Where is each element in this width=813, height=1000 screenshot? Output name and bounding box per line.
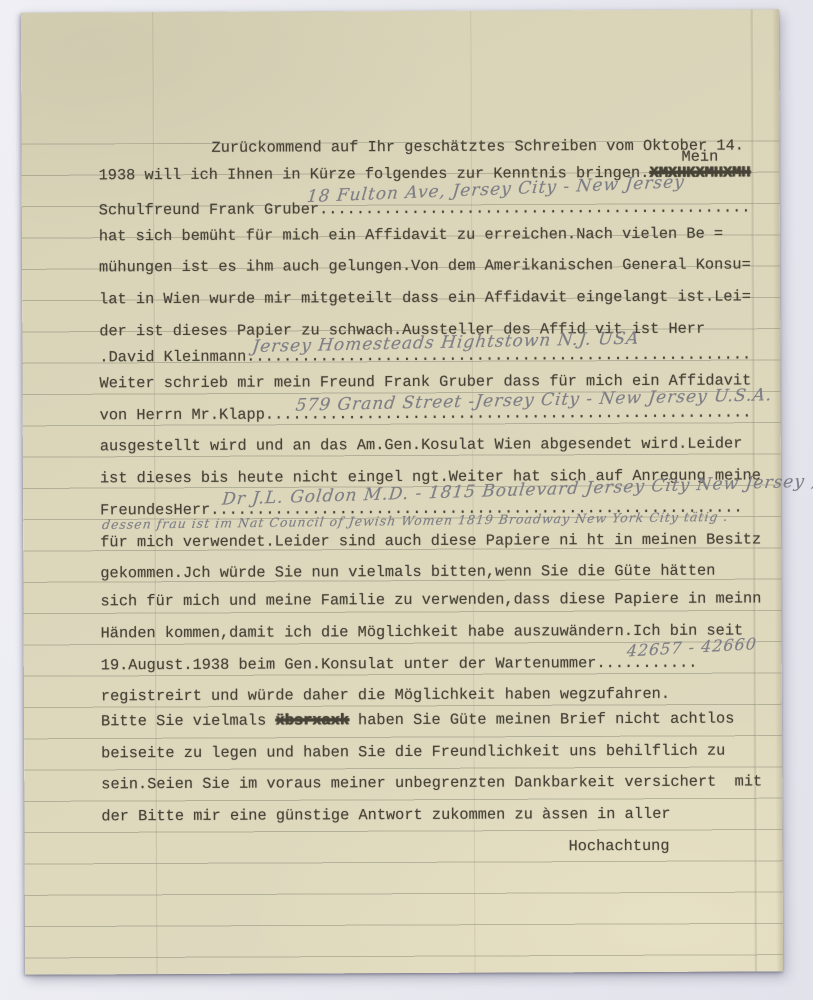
typed-line: sein.Seien Sie im voraus meiner unbegren… (101, 773, 762, 792)
handwriting-layer: 18 Fulton Ave, Jersey City - New JerseyJ… (21, 9, 779, 12)
typed-line: Zurückommend auf Ihr geschätztes Schreib… (211, 138, 743, 156)
typed-text: hat sich bemüht für mich ein Affidavit z… (99, 225, 723, 246)
paper: Zurückommend auf Ihr geschätztes Schreib… (21, 9, 783, 974)
typed-line: beiseite zu legen und haben Sie die Freu… (101, 743, 725, 762)
typed-line: hat sich bemüht für mich ein Affidavit z… (99, 226, 723, 245)
typed-text: registreirt und würde daher die Möglichk… (101, 685, 670, 705)
typed-text: gekommen.Jch würde Sie nun vielmals bitt… (100, 562, 715, 583)
typed-line: 19.August.1938 beim Gen.Konsulat unter d… (101, 655, 698, 674)
typed-text: Bitte Sie vielmals (101, 712, 275, 731)
typed-line: ausgestellt wird und an das Am.Gen.Kosul… (100, 436, 743, 455)
typed-line: Bitte Sie vielmals ẍbsrxaxk haben Sie Gü… (101, 711, 734, 730)
letter-photo: Zurückommend auf Ihr geschätztes Schreib… (0, 0, 813, 1000)
typed-text: der Bitte mir eine günstige Antwort zuko… (101, 805, 670, 825)
typed-line: Mein (682, 149, 719, 165)
typed-text: mühungen ist es ihm auch gelungen.Von de… (99, 255, 751, 276)
typed-text: lat in Wien wurde mir mitgeteilt dass ei… (99, 287, 751, 308)
typed-text: Hochachtung (569, 837, 670, 855)
typed-text: für mich verwendet.Leider sind auch dies… (100, 530, 761, 551)
typed-text-layer: Zurückommend auf Ihr geschätztes Schreib… (21, 9, 779, 12)
typed-line: Händen kommen,damit ich die Möglichkeit … (101, 623, 744, 642)
typed-line: für mich verwendet.Leider sind auch dies… (100, 531, 761, 550)
typed-text: beiseite zu legen und haben Sie die Freu… (101, 742, 725, 763)
typed-text: ausgestellt wird und an das Am.Gen.Kosul… (100, 435, 743, 456)
typed-text: sich für mich und meine Familie zu verwe… (100, 589, 761, 610)
fold-crease-left (152, 12, 158, 974)
typed-text: 19.August.1938 beim Gen.Konsulat unter d… (101, 654, 698, 675)
typed-line: mühungen ist es ihm auch gelungen.Von de… (99, 256, 751, 275)
typed-text: Händen kommen,damit ich die Möglichkeit … (101, 622, 744, 643)
typed-line: gekommen.Jch würde Sie nun vielmals bitt… (100, 563, 715, 582)
typed-line: lat in Wien wurde mir mitgeteilt dass ei… (99, 288, 751, 307)
struck-out-text: ẍbsrxaxk (275, 711, 349, 729)
typed-line: Hochachtung (569, 838, 670, 854)
typed-line: sich für mich und meine Familie zu verwe… (100, 590, 761, 609)
typed-line: der Bitte mir eine günstige Antwort zuko… (101, 806, 670, 824)
typed-text: sein.Seien Sie im voraus meiner unbegren… (101, 772, 762, 793)
typed-line: registreirt und würde daher die Möglichk… (101, 686, 670, 704)
typed-text: haben Sie Güte meinen Brief nicht achtlo… (349, 710, 735, 730)
typed-text: Zurückommend auf Ihr geschätztes Schreib… (211, 137, 743, 157)
